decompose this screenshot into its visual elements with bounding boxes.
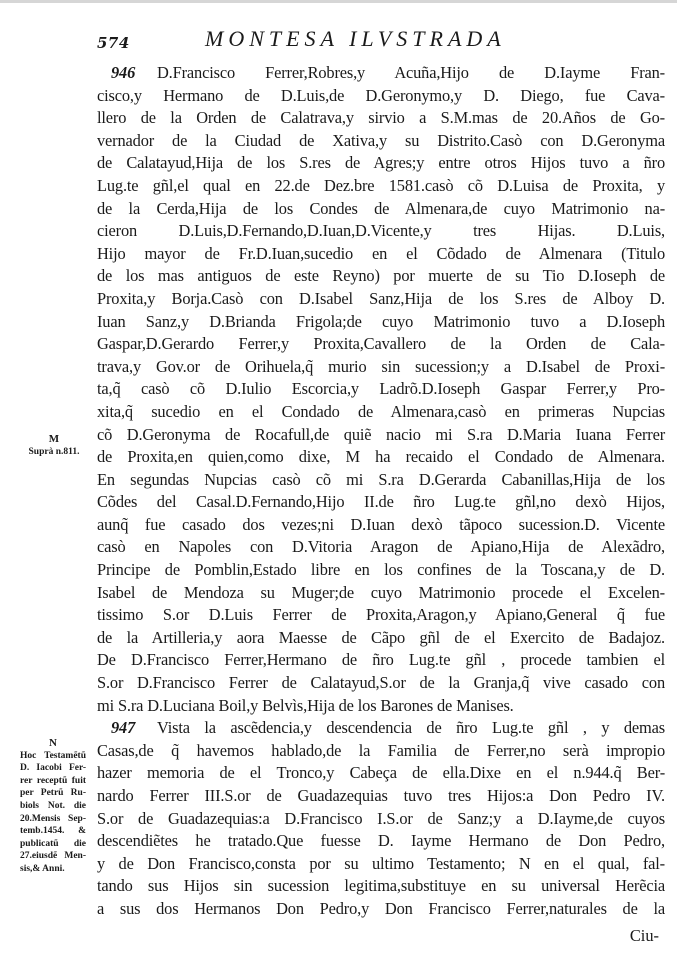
note-line: temb.1454. & [20,825,86,838]
text-line: cieron D.Luis,D.Fernando,D.Iuan,D.Vicent… [97,220,665,243]
note-line: 20.Mensis Sep- [20,813,86,826]
text-line: De D.Francisco Ferrer,Hermano de ñro Lug… [97,649,665,672]
text-line: mi S.ra D.Luciana Boil,y Belvìs,Hija de … [97,695,665,718]
margin-note-n: N Hoc Testamẽtũ D. Iacobi Fer- rer recep… [20,737,86,876]
running-head: MONTESA ILVSTRADA [205,26,506,52]
text-line: vernador de la Ciudad de Xativa,y su Dis… [97,130,665,153]
text-line: de la Artilleria,y aora Maesse de Cãpo g… [97,627,665,650]
text-line: Proxita,y Borja.Casò con D.Isabel Sanz,H… [97,288,665,311]
text-line: 947Vista la ascẽdencia,y descendencia de… [97,717,665,740]
paragraph-number: 946 [97,62,157,85]
note-line: D. Iacobi Fer- [20,762,86,775]
text-line: S.or D.Francisco Ferrer de Calatayud,S.o… [97,672,665,695]
text-line: de los mas antiguos de este Reyno) por m… [97,265,665,288]
text-line: Principe de Pomblin,Estado libre en los … [97,559,665,582]
text-line: nardo Ferrer III.S.or de Guadazequias tu… [97,785,665,808]
note-line: biols Not. die [20,800,86,813]
text-line: Cõdes del Casal.D.Fernando,Hijo II.de ñr… [97,491,665,514]
text-line: y de Don Francisco,consta por su ultimo … [97,853,665,876]
text-line: Casas,de q̃ havemos hablado,de la Famili… [97,740,665,763]
text-line: xita,q̃ sucedio en el Condado de Almenar… [97,401,665,424]
margin-note-m: M Suprà n.811. [18,433,90,458]
note-line: publicatũ die [20,838,86,851]
text-line: hazer memoria de el Tronco,y Cabeça de e… [97,762,665,785]
catchword: Ciu- [630,926,659,946]
text-line: aunq̃ fue casado dos vezes;ni D.Iuan dex… [97,514,665,537]
text-line: En segundas Nupcias casò cõ mi S.ra D.Ge… [97,469,665,492]
note-line: rer receptũ fuit [20,775,86,788]
text-line: Gaspar,D.Gerardo Ferrer,y Proxita,Cavall… [97,333,665,356]
text-line: Isabel de Mendoza su Muger;de cuyo Matri… [97,582,665,605]
page-number: 574 [97,34,130,52]
text-line: de Proxita,en quien,como dixe, M ha reca… [97,446,665,469]
body-text: 946D.Francisco Ferrer,Robres,y Acuña,Hij… [97,62,665,921]
text-line: tissimo S.or D.Luis Ferrer de Proxita,Ar… [97,604,665,627]
text-line: a sus dos Hermanos Don Pedro,y Don Franc… [97,898,665,921]
paragraph-number: 947 [97,717,157,740]
note-text: Suprà n.811. [29,447,80,457]
text-line: S.or de Guadazequias:a D.Francisco I.S.o… [97,808,665,831]
text-line: 946D.Francisco Ferrer,Robres,y Acuña,Hij… [97,62,665,85]
note-mark: M [18,433,90,446]
note-line: sis,& Anni. [20,863,86,876]
note-line: Hoc Testamẽtũ [20,750,86,763]
text-line: Lug.te gñl,el qual en 22.de Dez.bre 1581… [97,175,665,198]
text-line: cisco,y Hermano de D.Luis,de D.Geronymo,… [97,85,665,108]
text-line: cõ D.Geronyma de Rocafull,de quiẽ nacio … [97,424,665,447]
text-line: de Calatayud,Hija de los S.res de Agres;… [97,152,665,175]
text-line: descendiẽtes he tratado.Que fuesse D. Ia… [97,830,665,853]
text-line: Iuan Sanz,y D.Brianda Frigola;de cuyo Ma… [97,311,665,334]
text-line: Hijo mayor de Fr.D.Iuan,sucedio en el Cõ… [97,243,665,266]
text-line: trava,y Gov.or de Orihuela,q̃ murio sin … [97,356,665,379]
text-line: de la Cerda,Hija de los Condes de Almena… [97,198,665,221]
text-line: llero de la Orden de Calatrava,y sirvio … [97,107,665,130]
text-line: ta,q̃ casò cõ D.Iulio Escorcia,y Ladrõ.D… [97,378,665,401]
text-line: tando sus Hijos sin sucession legitima,s… [97,875,665,898]
text-line: casò en Napoles con D.Vitoria Aragon de … [97,536,665,559]
note-line: per Petrũ Ru- [20,787,86,800]
top-edge-rule [0,0,677,3]
note-mark: N [20,737,86,750]
note-line: 27.eiusdẽ Men- [20,850,86,863]
